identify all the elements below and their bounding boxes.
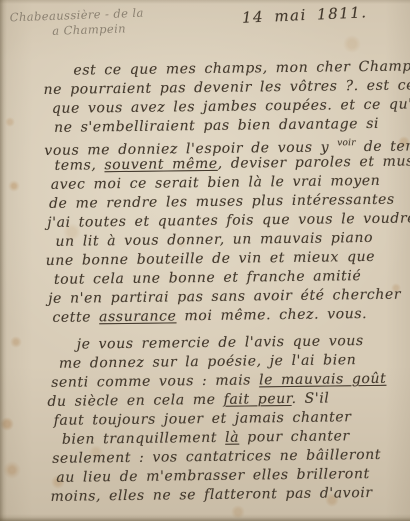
letter-text: cette [52,309,99,326]
letter-text: je n'en partirai pas sans avoir été cher… [48,287,401,307]
letter-text: bien tranquillement [62,430,225,448]
letter-text: tout cela une bonne et franche amitié [54,268,362,288]
letter-line: moins, elles ne se flatteront pas d'avoi… [48,483,410,506]
letter-text: de me rendre les muses plus intéressante… [49,192,395,212]
underlined-text: souvent même [104,156,217,173]
letter-text: moi même. chez. vous. [176,306,367,324]
letter-text: au lieu de m'embrasser elles brilleront [56,466,370,486]
pencil-annotation: Chabeaussière - de la a Champein [10,6,145,41]
underlined-text: assurance [99,308,177,325]
letter-body: est ce que mes champs, mon cher Champein… [0,58,410,508]
letter-text: est ce que mes champs, mon cher Champein [73,58,410,78]
letter-text: ne s'embelliraient pas bien davantage si [54,116,379,136]
letter-date: 14 mai 1811. [242,3,368,26]
letter-line: cette assurance moi même. chez. vous. [46,304,410,327]
letter-text: j'ai toutes et quantes fois que vous le … [47,210,410,231]
letter-text: ne pourraient pas devenir les vôtres ?. … [44,77,410,98]
underlined-text: là [225,430,239,446]
letter-text: tems, [54,157,104,174]
letter-text: . S'il [291,390,329,406]
paper-edge-bottom [0,514,410,521]
letter-text: , deviser paroles et musique [218,153,410,172]
letter-text: seulement : vos cantatrices ne bâilleron… [52,447,381,467]
letter-text: senti comme vous : mais [51,372,259,391]
underlined-text: fait peur [224,391,292,408]
letter-text: un lit à vous donner, un mauvais piano [55,230,373,250]
letter-text: avec moi ce serait bien là le vrai moyen [51,173,381,193]
letter-text: je vous remercie de l'avis que vous [77,333,364,353]
letter-text: faut toujours jouer et jamais chanter [54,409,352,429]
underlined-text: le mauvais goût [259,371,386,389]
interlinear-insertion: voir [337,138,356,148]
letter-text: du siècle en cela me [47,392,223,410]
letter-text: moins, elles ne se flatteront pas d'avoi… [51,485,373,505]
letter-text: me donnez sur la poésie, je l'ai bien [59,352,356,372]
letter-scan: Chabeaussière - de la a Champein 14 mai … [0,0,410,521]
letter-text: pour chanter [239,428,350,445]
letter-text: que vous avez les jambes coupées. et ce … [52,96,410,117]
letter-text: une bonne bouteille de vin et mieux que [46,249,376,269]
